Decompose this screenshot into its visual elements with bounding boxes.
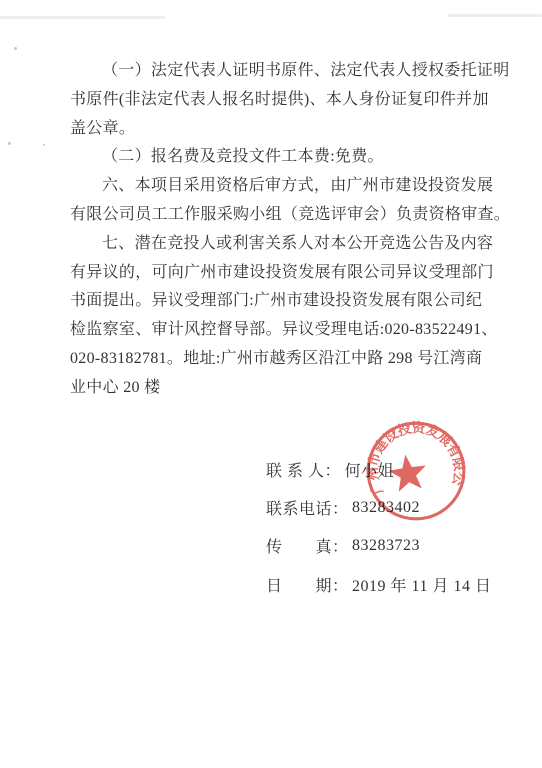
scan-artifact: [43, 144, 45, 146]
body-paragraph-line: 七、潜在竞投人或利害关系人对本公开竞选公告及内容: [70, 230, 490, 259]
contact-label: 联 系 人: [266, 458, 325, 481]
body-paragraph-line: 有异议的，可向广州市建设投资发展有限公司异议受理部门: [70, 259, 490, 288]
body-paragraph-line: 业中心 20 楼: [70, 374, 490, 403]
contact-colon: ：: [325, 458, 341, 481]
body-paragraph-line: 检监察室、审计风控督导部。异议受理电话:020-83522491、: [70, 316, 490, 345]
body-paragraph-line: 有限公司员工工作服采购小组（竞选评审会）负责资格审查。: [70, 201, 490, 230]
body-paragraph-line: （二）报名费及竞投文件工本费:免费。: [70, 143, 490, 172]
body-paragraph-line: 六、本项目采用资格后审方式，由广州市建设投资发展: [70, 172, 490, 201]
contact-label: 传 真: [266, 534, 332, 557]
contact-colon: ：: [332, 573, 348, 596]
scan-artifact: [0, 16, 165, 19]
contact-block: 联 系 人：何小姐 联系电话：83283402 传 真：83283723 日 期…: [266, 450, 491, 604]
contact-value: 83283723: [352, 537, 420, 555]
scan-artifact: [448, 14, 542, 17]
contact-value: 2019 年 11 月 14 日: [352, 573, 491, 596]
contact-colon: ：: [332, 534, 348, 557]
contact-value: 83283402: [352, 499, 420, 517]
document-page: （一）法定代表人证明书原件、法定代表人授权委托证明 书原件(非法定代表人报名时提…: [0, 0, 542, 768]
body-paragraph-line: 盖公章。: [70, 115, 490, 144]
body-paragraph-line: 书面提出。异议受理部门:广州市建设投资发展有限公司纪: [70, 287, 490, 316]
body-paragraph-line: 书原件(非法定代表人报名时提供)、本人身份证复印件并加: [70, 86, 490, 115]
contact-row-date: 日 期：2019 年 11 月 14 日: [266, 565, 491, 603]
contact-colon: ：: [332, 496, 348, 519]
contact-label: 联系电话: [266, 496, 332, 519]
contact-row-phone: 联系电话：83283402: [266, 488, 491, 526]
contact-value: 何小姐: [345, 458, 395, 481]
scan-artifact: [14, 47, 17, 50]
body-paragraph-line: （一）法定代表人证明书原件、法定代表人授权委托证明: [70, 57, 490, 86]
document-body: （一）法定代表人证明书原件、法定代表人授权委托证明 书原件(非法定代表人报名时提…: [70, 57, 490, 403]
contact-label: 日 期: [266, 573, 332, 596]
contact-row-fax: 传 真：83283723: [266, 527, 491, 565]
body-paragraph-line: 020-83182781。地址:广州市越秀区沿江中路 298 号江湾商: [70, 345, 490, 374]
scan-artifact: [8, 142, 11, 145]
contact-row-person: 联 系 人：何小姐: [266, 450, 491, 488]
